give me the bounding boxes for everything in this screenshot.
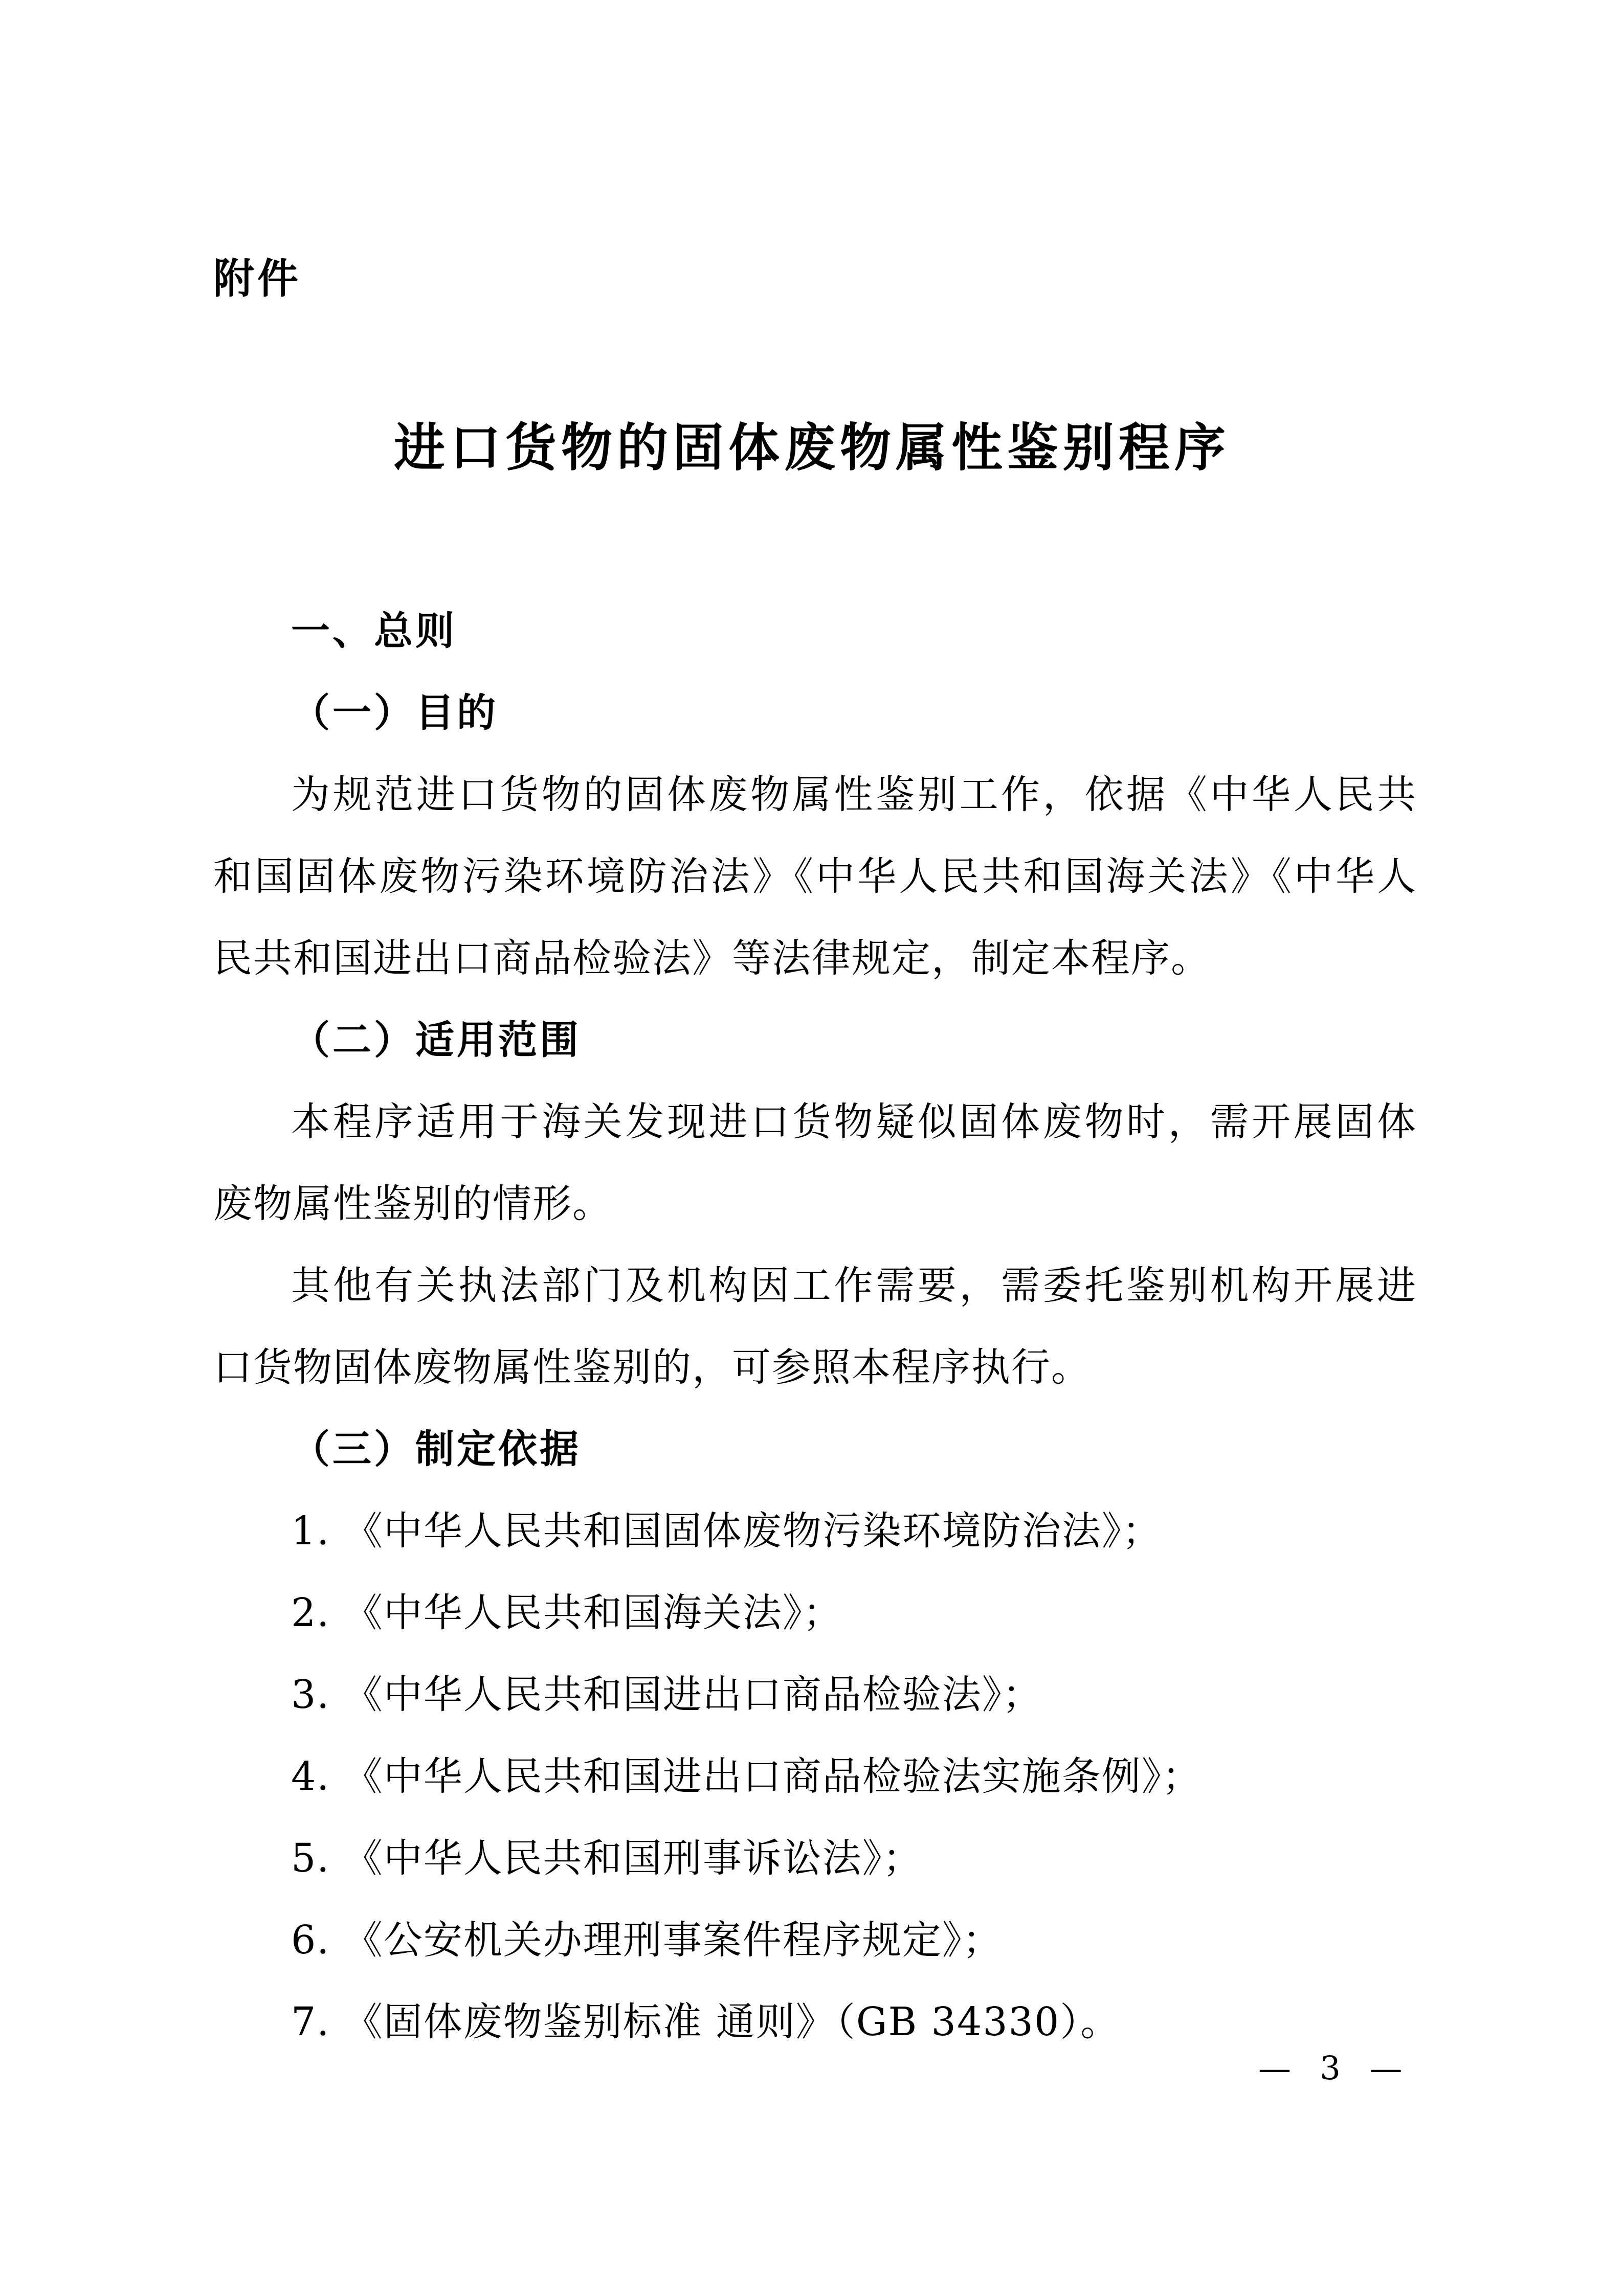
page-number: — 3 — bbox=[1258, 2053, 1404, 2085]
paragraph-line: 为规范进口货物的固体废物属性鉴别工作，依据《中华人民共 bbox=[213, 772, 1417, 817]
paragraph-line: 和国固体废物污染环境防治法》《中华人民共和国海关法》《中华人 bbox=[213, 854, 1417, 898]
document-title: 进口货物的固体废物属性鉴别程序 bbox=[0, 420, 1624, 475]
list-item: 1. 《中华人民共和国固体废物污染环境防治法》； bbox=[213, 1509, 1417, 1553]
list-item: 7. 《固体废物鉴别标准 通则》（GB 34330）。 bbox=[213, 1999, 1417, 2044]
list-item: 3. 《中华人民共和国进出口商品检验法》； bbox=[213, 1672, 1417, 1717]
sub3-heading: （三）制定依据 bbox=[213, 1427, 1417, 1471]
attachment-label: 附件 bbox=[213, 258, 301, 299]
sub1-heading: （一）目的 bbox=[213, 690, 1417, 735]
section1-heading: 一、总则 bbox=[213, 609, 1417, 653]
paragraph-line: 其他有关执法部门及机构因工作需要，需委托鉴别机构开展进 bbox=[213, 1263, 1417, 1308]
list-item: 2. 《中华人民共和国海关法》； bbox=[213, 1590, 1417, 1635]
list-item: 5. 《中华人民共和国刑事诉讼法》； bbox=[213, 1836, 1417, 1880]
paragraph-line: 本程序适用于海关发现进口货物疑似固体废物时，需开展固体 bbox=[213, 1099, 1417, 1144]
list-item: 6. 《公安机关办理刑事案件程序规定》； bbox=[213, 1918, 1417, 1962]
paragraph-line: 民共和国进出口商品检验法》等法律规定，制定本程序。 bbox=[213, 936, 1417, 980]
document-page: 附件 进口货物的固体废物属性鉴别程序 一、总则 （一）目的 为规范进口货物的固体… bbox=[0, 0, 1624, 2296]
sub2-heading: （二）适用范围 bbox=[213, 1018, 1417, 1062]
paragraph-line: 废物属性鉴别的情形。 bbox=[213, 1181, 1417, 1226]
list-item: 4. 《中华人民共和国进出口商品检验法实施条例》； bbox=[213, 1754, 1417, 1798]
paragraph-line: 口货物固体废物属性鉴别的，可参照本程序执行。 bbox=[213, 1345, 1417, 1389]
